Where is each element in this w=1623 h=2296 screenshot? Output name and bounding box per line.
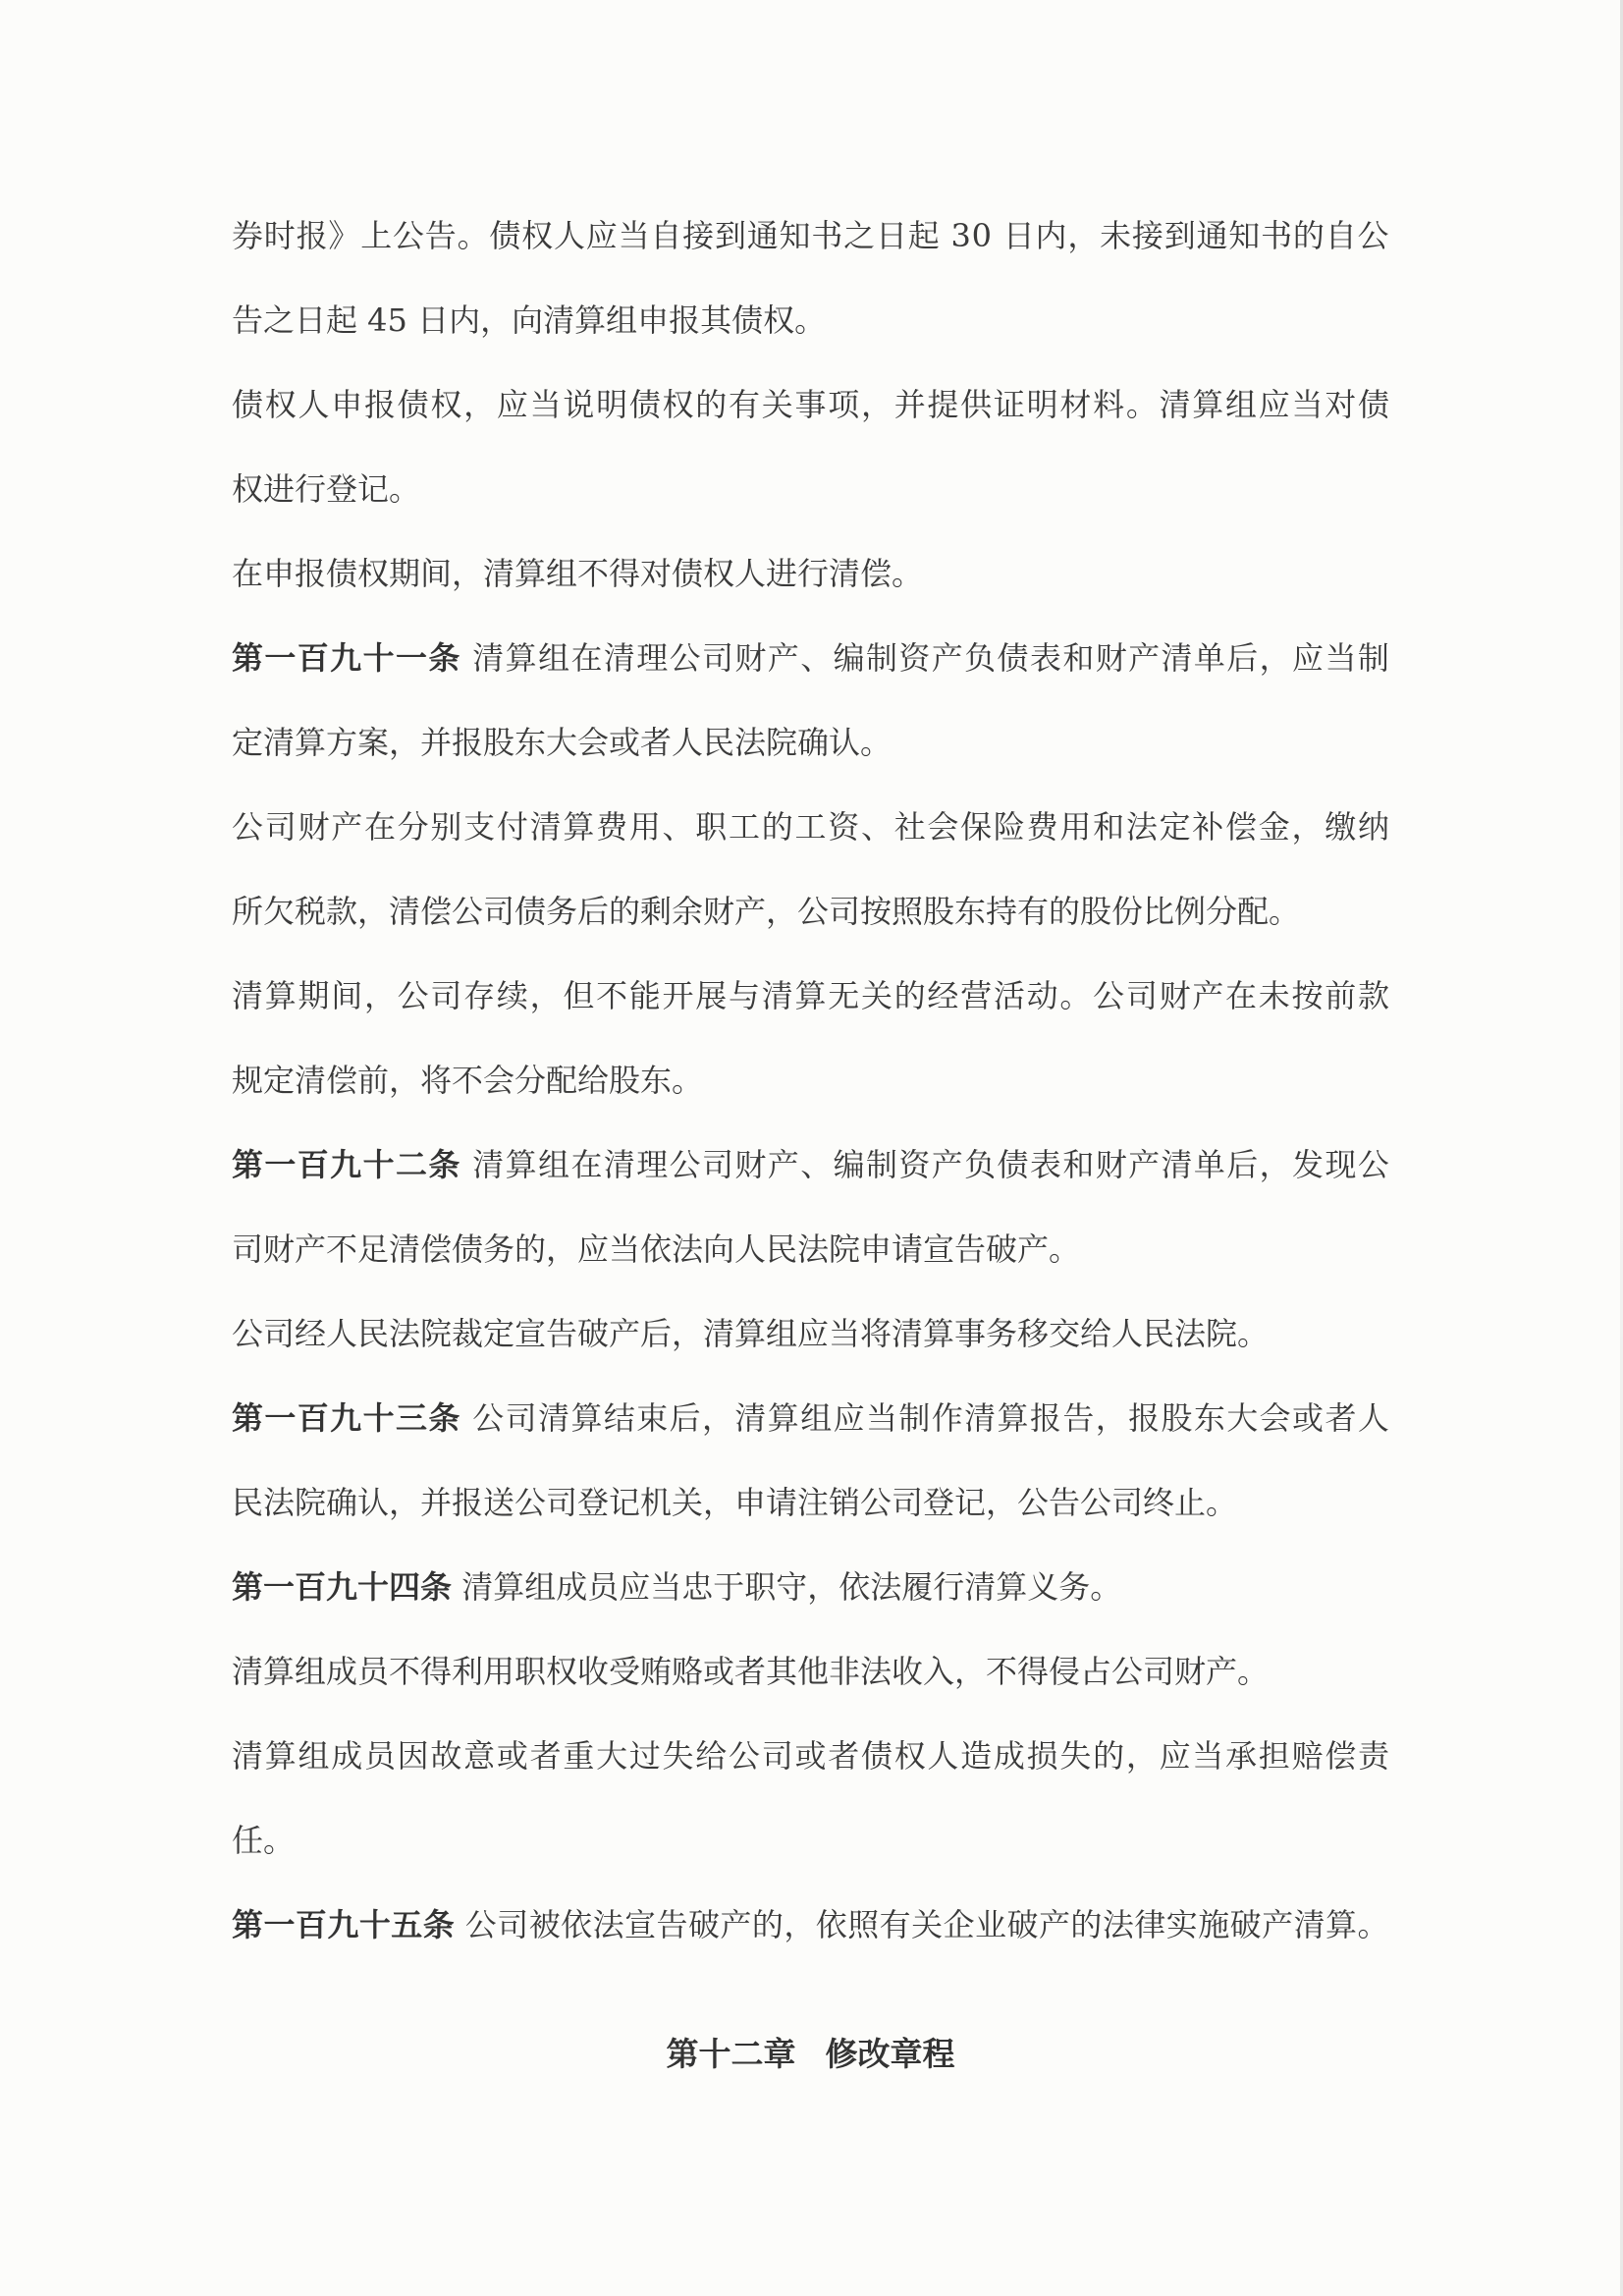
glyph: 内 (1036, 193, 1067, 278)
glyph: 第 (232, 1122, 263, 1207)
glyph: 告 (1062, 1376, 1094, 1460)
glyph: 成 (331, 1714, 362, 1798)
glyph: 束 (636, 1376, 668, 1460)
glyph: 因 (398, 1714, 429, 1798)
glyph: 组 (538, 616, 569, 700)
glyph: 》 (328, 193, 359, 278)
glyph: 担 (1259, 1714, 1290, 1798)
glyph: 损 (1027, 1714, 1058, 1798)
glyph: 单 (1194, 1122, 1225, 1207)
glyph: 人 (1358, 1376, 1389, 1460)
glyph: 在 (570, 1122, 602, 1207)
glyph: 清 (1294, 1883, 1325, 1967)
glyph: 公 (393, 193, 424, 278)
glyph: 应 (497, 362, 528, 447)
glyph: 五 (391, 1883, 422, 1967)
glyph: 依 (561, 1883, 592, 1967)
glyph: 实 (1166, 1883, 1198, 1967)
glyph: 照 (847, 1883, 879, 1967)
glyph: 东 (1194, 1376, 1225, 1460)
glyph: 自 (650, 193, 681, 278)
text-line: 告之日起 45 日内，向清算组申报其债权。 (232, 278, 1389, 362)
glyph: 的 (1070, 1883, 1102, 1967)
glyph: 清 (604, 616, 635, 700)
glyph: 算 (570, 1376, 602, 1460)
glyph: 的 (1093, 1714, 1124, 1798)
glyph: 不 (596, 954, 627, 1038)
glyph: 用 (1059, 785, 1091, 869)
glyph: 证 (994, 362, 1025, 447)
glyph: 会 (927, 785, 958, 869)
glyph: 事 (794, 362, 826, 447)
glyph: 券 (232, 193, 263, 278)
glyph: ， (1096, 1376, 1127, 1460)
glyph: 清 (604, 1122, 635, 1207)
glyph: 报 (1128, 1376, 1160, 1460)
glyph: 法 (1126, 785, 1158, 869)
glyph: 和 (1062, 616, 1094, 700)
glyph: 一 (264, 616, 296, 700)
glyph: 、 (861, 785, 893, 869)
glyph: 公 (670, 1122, 701, 1207)
glyph: 百 (298, 1122, 329, 1207)
text-line: 清算期间，公司存续，但不能开展与清算无关的经营活动。公司财产在未按前款 (232, 954, 1389, 1038)
glyph: 司 (1126, 954, 1158, 1038)
glyph: 债 (998, 616, 1029, 700)
glyph: 权 (663, 362, 694, 447)
glyph: 者 (530, 1714, 562, 1798)
glyph: 。 (1059, 954, 1091, 1038)
glyph: 组 (800, 1376, 832, 1460)
glyph: 作 (932, 1376, 963, 1460)
glyph: 司 (762, 1714, 793, 1798)
glyph: 产 (768, 1122, 799, 1207)
line-text: 所欠税款，清偿公司债务后的剩余财产，公司按照股东持有的股份比例分配。 (232, 893, 1300, 930)
glyph: 编 (834, 1122, 865, 1207)
glyph: 和 (1062, 1122, 1094, 1207)
glyph: 依 (816, 1883, 847, 1967)
glyph: 报 (364, 362, 396, 447)
glyph: 日 (876, 193, 907, 278)
glyph: ， (530, 954, 562, 1038)
glyph: 付 (497, 785, 528, 869)
glyph: 组 (1225, 362, 1257, 447)
glyph: 报 (1030, 1376, 1061, 1460)
glyph: 资 (898, 616, 930, 700)
glyph: 产 (768, 616, 799, 700)
glyph: 用 (629, 785, 661, 869)
glyph: 提 (927, 362, 958, 447)
glyph: 重 (563, 1714, 594, 1798)
glyph: 料 (1093, 362, 1124, 447)
glyph: 有 (729, 362, 760, 447)
glyph: 负 (964, 1122, 996, 1207)
glyph: ， (702, 1376, 733, 1460)
glyph: 组 (538, 1122, 569, 1207)
glyph: 或 (794, 1714, 826, 1798)
glyph: 破 (1230, 1883, 1262, 1967)
glyph: 算 (265, 954, 297, 1038)
glyph: 接 (682, 193, 714, 278)
line-text: 公司经人民法院裁定宣告破产后，清算组应当将清算事务移交给人民法院。 (232, 1315, 1269, 1352)
glyph: 纳 (1358, 785, 1389, 869)
glyph: 职 (695, 785, 727, 869)
scanned-document-page: 券时报》上公告。债权人应当自接到通知书之日起 30 日内，未接到通知书的自公 告… (0, 0, 1623, 2296)
line-text: 告之日起 45 日内，向清算组申报其债权。 (232, 301, 826, 339)
text-line: 司财产不足清偿债务的，应当依法向人民法院申请宣告破产。 (232, 1207, 1389, 1291)
article-number: 第一百九十四条 (232, 1568, 452, 1606)
glyph: 负 (964, 616, 996, 700)
glyph: 权 (521, 193, 553, 278)
glyph: 司 (506, 1376, 537, 1460)
glyph: 表 (1030, 1122, 1061, 1207)
glyph: 十 (363, 616, 395, 700)
glyph: 九 (330, 616, 361, 700)
glyph: 破 (1006, 1883, 1038, 1967)
text-line: 规定清偿前，将不会分配给股东。 (232, 1038, 1389, 1122)
glyph: 告 (657, 1883, 688, 1967)
glyph: 清 (964, 1376, 996, 1460)
line-text: 任。 (232, 1822, 295, 1859)
text-line: 第一百九十五条 公司被依法宣告破产的，依照有关企业破产的法律实施破产清算。 (232, 1883, 1389, 1967)
glyph: 动 (1027, 954, 1058, 1038)
glyph (941, 193, 950, 278)
glyph: 。 (458, 193, 489, 278)
text-line: 清算组成员因故意或者重大过失给公司或者债权人造成损失的，应当承担赔偿责 (232, 1714, 1389, 1798)
glyph: 公 (1357, 193, 1388, 278)
glyph: 资 (898, 1122, 930, 1207)
glyph: 权 (894, 1714, 926, 1798)
glyph: 股 (1161, 1376, 1192, 1460)
glyph: 编 (834, 616, 865, 700)
glyph: 保 (960, 785, 992, 869)
glyph: 业 (975, 1883, 1006, 1967)
glyph: 公 (465, 1883, 497, 1967)
glyph: 九 (330, 1122, 361, 1207)
glyph: 故 (430, 1714, 461, 1798)
line-text: 司财产不足清偿债务的，应当依法向人民法院申请宣告破产。 (232, 1230, 1080, 1268)
glyph: 社 (894, 785, 926, 869)
glyph: 公 (1358, 1122, 1389, 1207)
text-line: 第一百九十一条 清算组在清理公司财产、编制资产负债表和财产清单后，应当制 (232, 616, 1389, 700)
glyph: 债 (861, 1714, 893, 1798)
glyph: 3 (950, 193, 970, 278)
glyph: 在 (570, 616, 602, 700)
glyph: 大 (596, 1714, 627, 1798)
glyph: 百 (296, 1883, 327, 1967)
glyph: 报 (297, 193, 328, 278)
glyph: 现 (1325, 1122, 1356, 1207)
text-line: 权进行登记。 (232, 447, 1389, 531)
glyph: 债 (398, 362, 429, 447)
glyph: 条 (423, 1883, 455, 1967)
glyph: 缴 (1325, 785, 1356, 869)
glyph: ， (1067, 193, 1099, 278)
glyph: 当 (1325, 616, 1356, 700)
glyph: 条 (428, 1376, 460, 1460)
glyph: 结 (604, 1376, 635, 1460)
glyph: 清 (232, 954, 263, 1038)
glyph: 告 (425, 193, 457, 278)
glyph: 时 (264, 193, 296, 278)
text-line: 清算组成员不得利用职权收受贿赂或者其他非法收入，不得侵占公司财产。 (232, 1629, 1389, 1714)
glyph: 关 (861, 954, 893, 1038)
glyph: 通 (747, 193, 779, 278)
glyph: 清 (762, 954, 793, 1038)
glyph: 公 (670, 616, 701, 700)
glyph: 的 (695, 362, 727, 447)
glyph: 财 (298, 785, 329, 869)
glyph: 一 (396, 616, 427, 700)
text-line: 任。 (232, 1798, 1389, 1883)
glyph: 财 (1160, 954, 1191, 1038)
glyph: 者 (1325, 1376, 1356, 1460)
glyph: 财 (1096, 616, 1127, 700)
glyph: 、 (800, 1122, 832, 1207)
glyph: 、 (663, 785, 694, 869)
glyph: 自 (1325, 193, 1357, 278)
glyph: 人 (927, 1714, 958, 1798)
text-line: 公司财产在分别支付清算费用、职工的工资、社会保险费用和法定补偿金，缴纳 (232, 785, 1389, 869)
glyph: 产 (1128, 1122, 1160, 1207)
glyph: 财 (734, 1122, 766, 1207)
glyph: 债 (629, 362, 661, 447)
glyph: 或 (1292, 1376, 1324, 1460)
glyph: 。 (1357, 1883, 1388, 1967)
glyph: 债 (489, 193, 520, 278)
glyph: 算 (265, 1714, 297, 1798)
glyph: 清 (232, 1714, 263, 1798)
glyph: 法 (1103, 1883, 1134, 1967)
glyph: 当 (530, 362, 562, 447)
glyph: 十 (363, 1376, 395, 1460)
glyph: 失 (1059, 1714, 1091, 1798)
glyph: 大 (1226, 1376, 1258, 1460)
glyph: 理 (636, 1122, 668, 1207)
glyph: 产 (1192, 954, 1223, 1038)
glyph: ， (1292, 785, 1324, 869)
glyph: 算 (1192, 362, 1223, 447)
line-text: 在申报债权期间，清算组不得对债权人进行清偿。 (232, 555, 923, 592)
glyph: 算 (768, 1376, 799, 1460)
glyph: 或 (497, 1714, 528, 1798)
glyph: 第 (232, 1376, 263, 1460)
glyph: 后 (1226, 1122, 1258, 1207)
glyph: 清 (472, 1122, 504, 1207)
glyph: 司 (702, 1122, 733, 1207)
glyph (461, 1376, 471, 1460)
glyph: ， (463, 362, 495, 447)
glyph: ， (861, 362, 893, 447)
glyph: 者 (828, 1714, 859, 1798)
glyph: 宣 (624, 1883, 656, 1967)
glyph: 被 (529, 1883, 561, 1967)
glyph: 书 (811, 193, 842, 278)
text-line: 券时报》上公告。债权人应当自接到通知书之日起 30 日内，未接到通知书的自公 (232, 193, 1389, 278)
glyph: 理 (636, 616, 668, 700)
glyph: 权 (265, 362, 297, 447)
glyph: 过 (629, 1714, 661, 1798)
glyph: 条 (428, 1122, 460, 1207)
glyph: 但 (563, 954, 594, 1038)
glyph: 项 (828, 362, 859, 447)
text-line: 第一百九十四条 清算组成员应当忠于职守，依法履行清算义务。 (232, 1545, 1389, 1629)
glyph: 律 (1134, 1883, 1165, 1967)
glyph: 三 (396, 1376, 427, 1460)
glyph: 制 (866, 1122, 897, 1207)
glyph: 产 (932, 616, 963, 700)
glyph: 公 (1093, 954, 1124, 1038)
glyph: 单 (1194, 616, 1225, 700)
text-line: 第一百九十三条 公司清算结束后，清算组应当制作清算报告，报股东大会或者人 (232, 1376, 1389, 1460)
glyph: 清 (1161, 1122, 1192, 1207)
glyph: 费 (1027, 785, 1058, 869)
glyph: 司 (430, 954, 461, 1038)
line-text: 规定清偿前，将不会分配给股东。 (232, 1062, 703, 1099)
glyph: 应 (586, 193, 618, 278)
glyph: 表 (1030, 616, 1061, 700)
glyph: 赔 (1292, 1714, 1324, 1798)
glyph: 的 (762, 785, 793, 869)
glyph: 按 (1292, 954, 1324, 1038)
glyph: 应 (1160, 1714, 1191, 1798)
glyph: 在 (364, 785, 396, 869)
glyph: 二 (396, 1122, 427, 1207)
glyph: 支 (463, 785, 495, 869)
glyph: 到 (1164, 193, 1196, 278)
glyph: 九 (330, 1376, 361, 1460)
glyph: 当 (866, 1376, 897, 1460)
glyph: 条 (428, 616, 460, 700)
glyph: 九 (327, 1883, 358, 1967)
glyph: 工 (729, 785, 760, 869)
glyph: 组 (298, 1714, 329, 1798)
glyph: 给 (695, 1714, 727, 1798)
text-line: 公司经人民法院裁定宣告破产后，清算组应当将清算事务移交给人民法院。 (232, 1291, 1389, 1376)
chapter-heading: 第十二章修改章程 (232, 2012, 1389, 2097)
glyph: 清 (530, 785, 562, 869)
glyph: 、 (800, 616, 832, 700)
glyph: 期 (298, 954, 329, 1038)
glyph: 司 (702, 616, 733, 700)
glyph: 十 (363, 1122, 395, 1207)
text-line: 民法院确认，并报送公司登记机关，申请注销公司登记，公告公司终止。 (232, 1460, 1389, 1545)
glyph (993, 193, 1002, 278)
glyph: ， (364, 954, 396, 1038)
glyph: 无 (828, 954, 859, 1038)
glyph: 未 (1259, 954, 1290, 1038)
glyph: 产 (1128, 616, 1160, 700)
glyph: 别 (430, 785, 461, 869)
text-line: 债权人申报债权，应当说明债权的有关事项，并提供证明材料。清算组应当对债 (232, 362, 1389, 447)
glyph: 算 (794, 954, 826, 1038)
glyph: 说 (563, 362, 594, 447)
glyph: 清 (1160, 362, 1191, 447)
glyph: 存 (463, 954, 495, 1038)
glyph: 应 (834, 1376, 865, 1460)
glyph: 产 (720, 1883, 751, 1967)
glyph: ， (1126, 1714, 1158, 1798)
chapter-title: 修改章程 (826, 2035, 955, 2073)
glyph: 人 (554, 193, 585, 278)
glyph: 财 (734, 616, 766, 700)
glyph: 司 (265, 785, 297, 869)
text-line: 所欠税款，清偿公司债务后的剩余财产，公司按照股东持有的股份比例分配。 (232, 869, 1389, 954)
glyph: 产 (1262, 1883, 1293, 1967)
glyph: 一 (264, 1376, 296, 1460)
glyph: 资 (828, 785, 859, 869)
glyph: 清 (472, 616, 504, 700)
glyph: 算 (563, 785, 594, 869)
glyph: 定 (1160, 785, 1191, 869)
glyph: 工 (794, 785, 826, 869)
glyph: 0 (972, 193, 992, 278)
glyph: 知 (1228, 193, 1260, 278)
glyph: 成 (994, 1714, 1025, 1798)
glyph: 偿 (1325, 1714, 1356, 1798)
line-text: 权进行登记。 (232, 470, 420, 508)
glyph: 应 (1259, 362, 1290, 447)
glyph: 与 (729, 954, 760, 1038)
line-text: 定清算方案，并报股东大会或者人民法院确认。 (232, 724, 892, 761)
glyph: 制 (866, 616, 897, 700)
glyph: 百 (298, 616, 329, 700)
glyph: 产 (932, 1122, 963, 1207)
glyph: 清 (734, 1376, 766, 1460)
glyph: 书 (1261, 193, 1292, 278)
glyph: 产 (1039, 1883, 1070, 1967)
glyph: 制 (1358, 616, 1389, 700)
line-text: 民法院确认，并报送公司登记机关，申请注销公司登记，公告公司终止。 (232, 1484, 1237, 1521)
glyph: 司 (497, 1883, 528, 1967)
glyph: 的 (1293, 193, 1325, 278)
glyph: 到 (715, 193, 746, 278)
text-line: 定清算方案，并报股东大会或者人民法院确认。 (232, 700, 1389, 785)
glyph: 人 (298, 362, 329, 447)
glyph: 开 (663, 954, 694, 1038)
glyph: 算 (506, 616, 537, 700)
glyph: 关 (762, 362, 793, 447)
glyph: 当 (1192, 1714, 1223, 1798)
glyph: 公 (232, 785, 263, 869)
glyph: 十 (359, 1883, 391, 1967)
glyph: 明 (1027, 362, 1058, 447)
glyph: 未 (1100, 193, 1131, 278)
glyph: 的 (894, 954, 926, 1038)
glyph: 后 (1226, 616, 1258, 700)
glyph: 清 (1161, 616, 1192, 700)
glyph: 营 (960, 954, 992, 1038)
glyph: 第 (232, 616, 263, 700)
glyph: 费 (596, 785, 627, 869)
glyph: 意 (463, 1714, 495, 1798)
glyph: 补 (1192, 785, 1223, 869)
glyph: 企 (944, 1883, 975, 1967)
glyph: 承 (1225, 1714, 1257, 1798)
glyph: 接 (1132, 193, 1163, 278)
document-text-block: 券时报》上公告。债权人应当自接到通知书之日起 30 日内，未接到通知书的自公 告… (232, 193, 1389, 2097)
glyph: 产 (331, 785, 362, 869)
glyph: 在 (1225, 954, 1257, 1038)
glyph: ， (1260, 616, 1291, 700)
glyph: 失 (663, 1714, 694, 1798)
glyph: 能 (629, 954, 661, 1038)
glyph: 款 (1358, 954, 1389, 1038)
glyph: 日 (1003, 193, 1035, 278)
glyph: 公 (398, 954, 429, 1038)
glyph: 算 (998, 1376, 1029, 1460)
glyph: 责 (1358, 1714, 1389, 1798)
